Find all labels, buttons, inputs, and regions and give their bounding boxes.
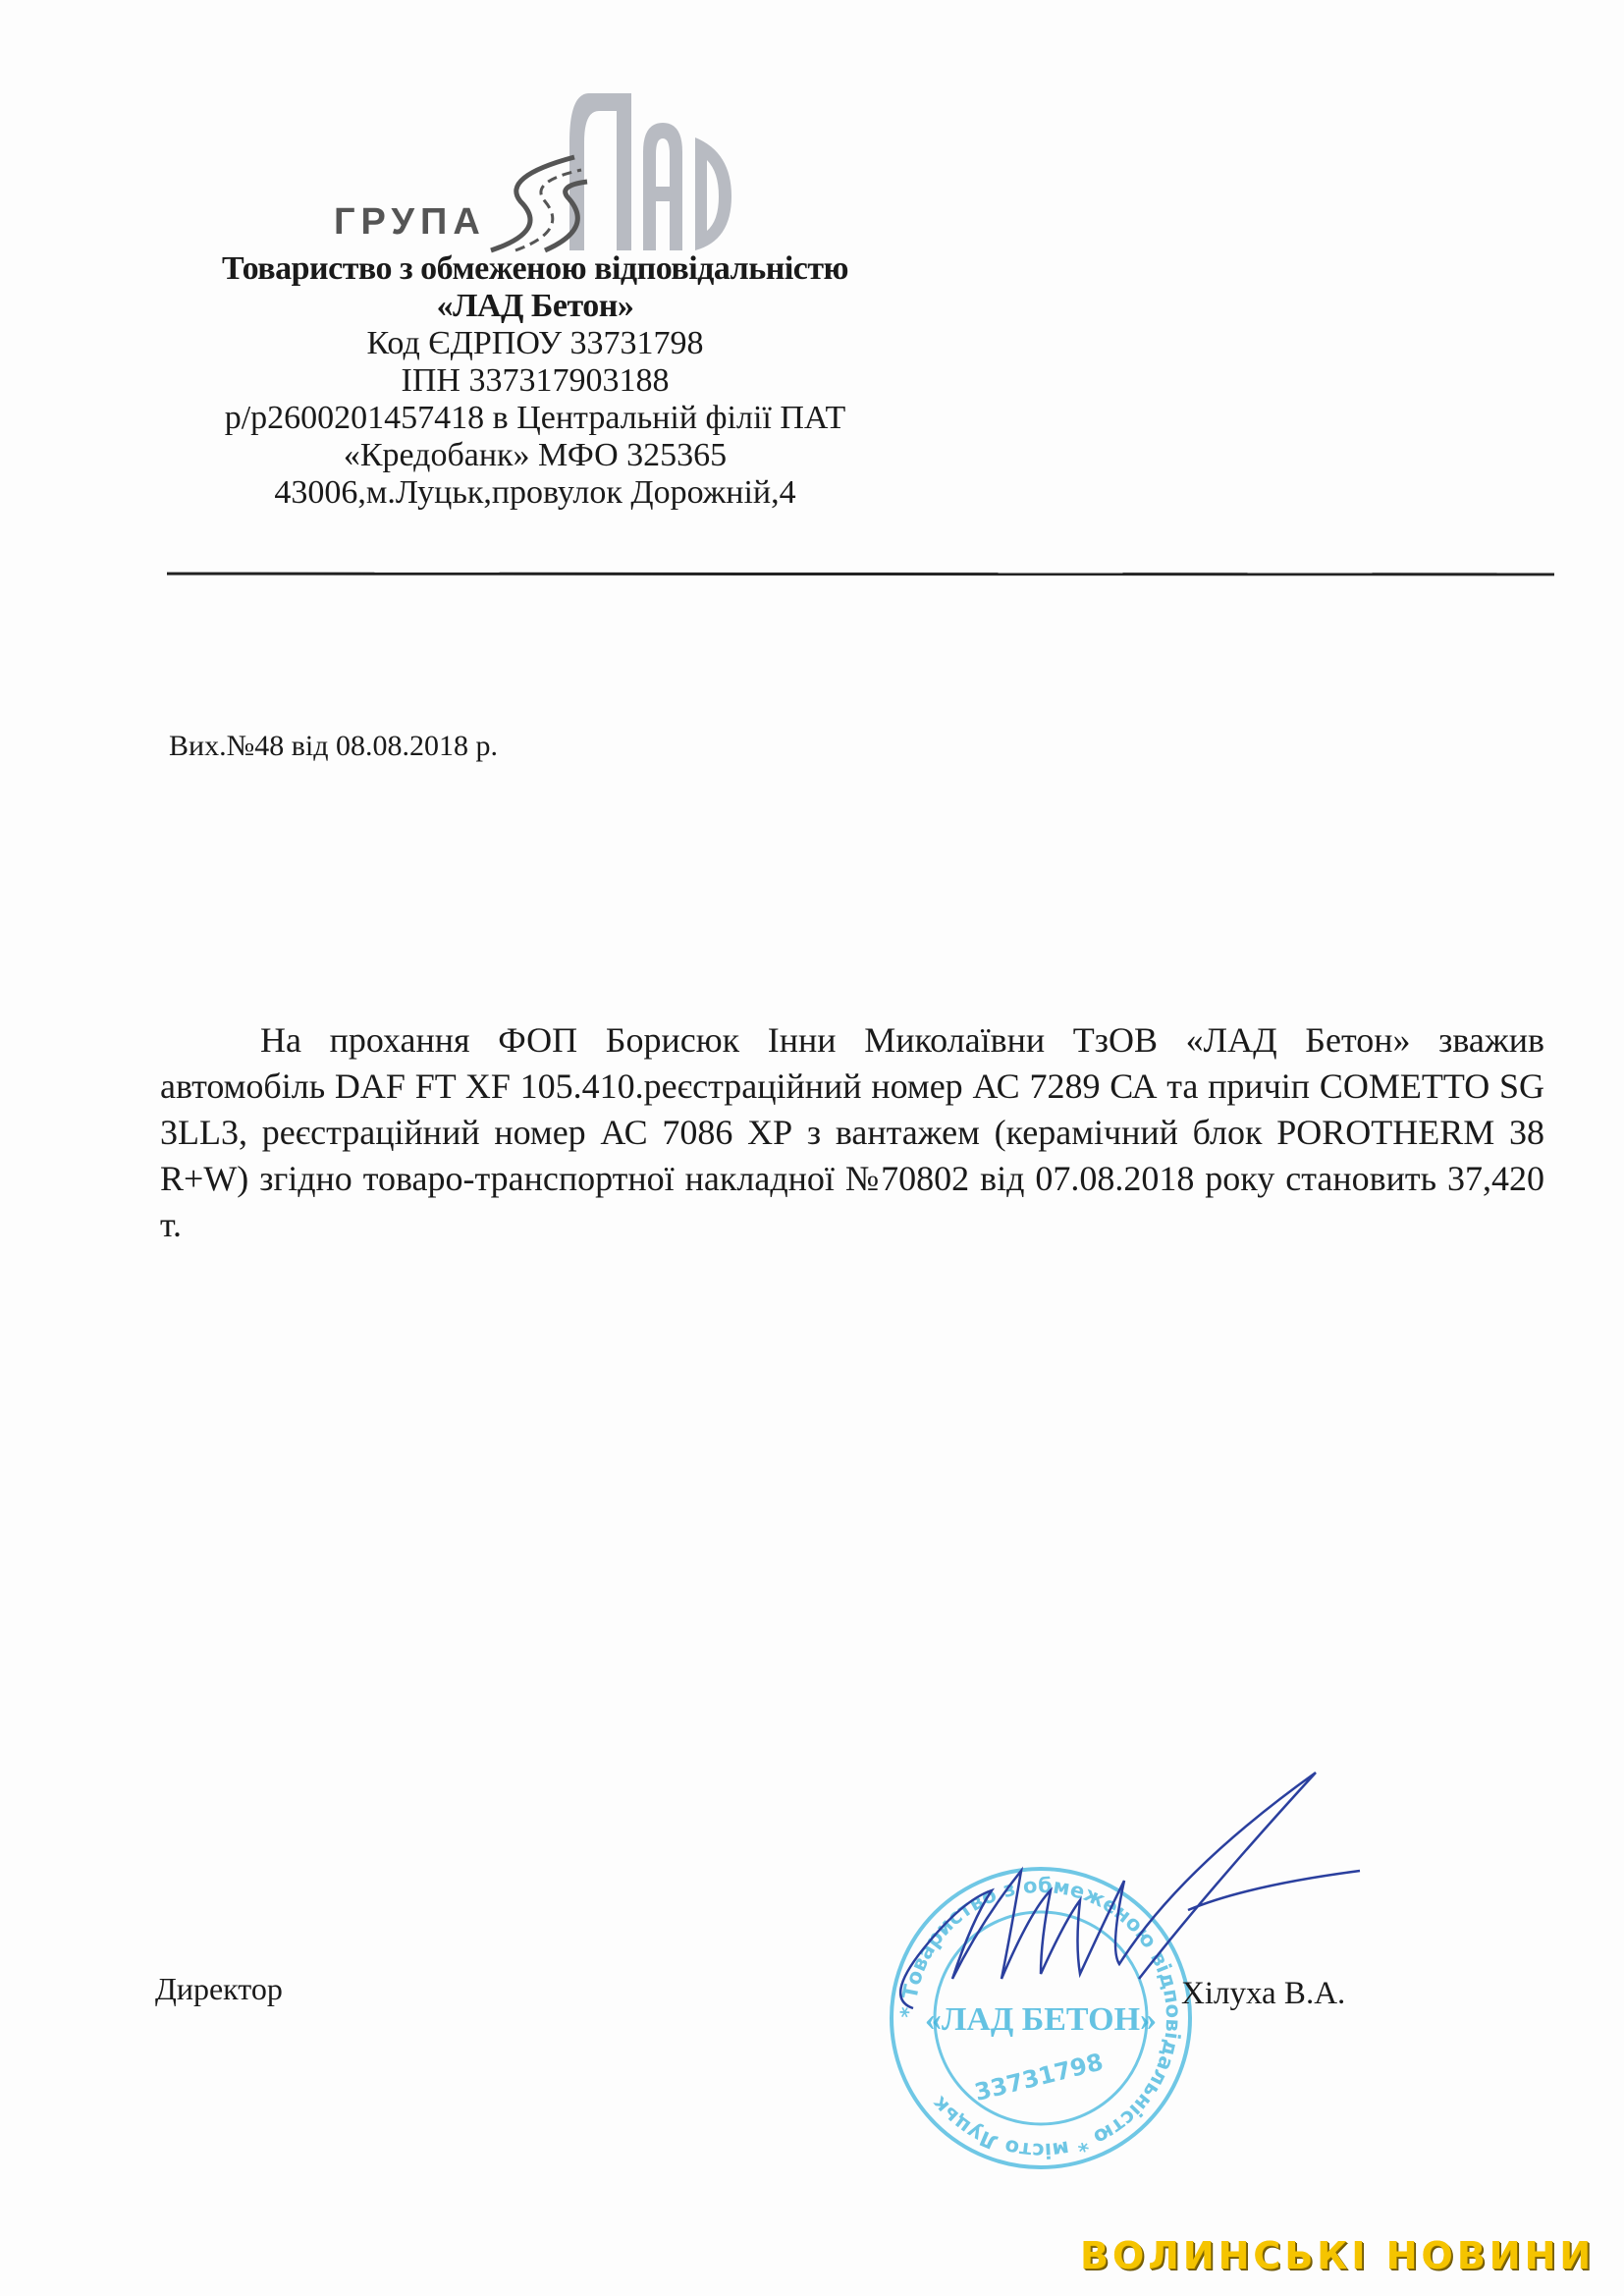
outgoing-number: Вих.№48 від 08.08.2018 р. <box>169 730 498 763</box>
road-icon <box>324 83 736 255</box>
company-logo: ГРУПА <box>324 83 736 255</box>
edrpou-code: Код ЄДРПОУ 33731798 <box>196 325 874 362</box>
company-requisites: Товариство з обмеженою відповідальністю … <box>196 250 874 512</box>
signer-position: Директор <box>155 1971 283 2007</box>
company-name: «ЛАД Бетон» <box>196 288 874 325</box>
tax-id: ІПН 337317903188 <box>196 362 874 400</box>
bank-name: «Кредобанк» МФО 325365 <box>196 437 874 474</box>
company-type: Товариство з обмеженою відповідальністю <box>196 250 874 288</box>
header-divider <box>167 573 1554 576</box>
letter-body: На прохання ФОП Борисюк Інни Миколаївни … <box>160 1017 1544 1248</box>
company-address: 43006,м.Луцьк,провулок Дорожній,4 <box>196 474 874 512</box>
news-watermark: ВОЛИНСЬКІ НОВИНИ <box>1080 2234 1595 2277</box>
stamp-code: 33731798 <box>972 2048 1106 2105</box>
signer-name: Хілуха В.А. <box>1181 1976 1345 2012</box>
bank-account: р/р2600201457418 в Центральній філії ПАТ <box>196 400 874 437</box>
